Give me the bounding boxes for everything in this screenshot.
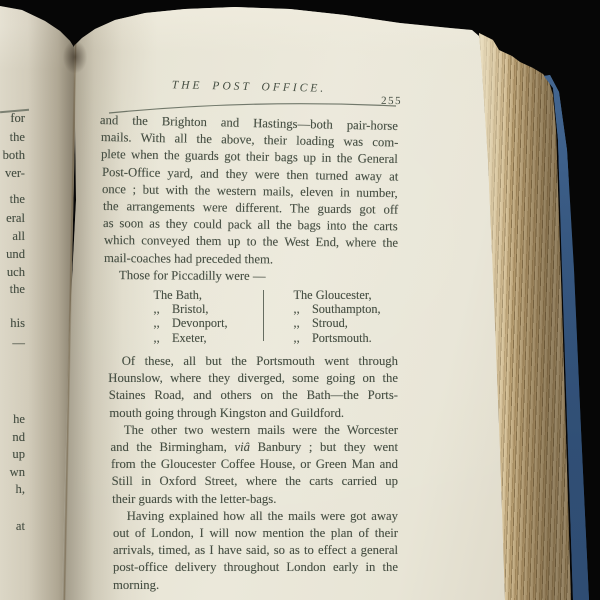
left-page-text-fragment: nd bbox=[12, 430, 25, 445]
list-item: The Bath, bbox=[154, 288, 228, 302]
left-page-text-fragment: both bbox=[3, 148, 25, 163]
text-line: Hounslow, where they diverged, some goin… bbox=[108, 370, 398, 387]
paragraph: and the Brighton and Hastings—both pair-… bbox=[100, 112, 398, 267]
book-photo: forthebothver-theeralallunduchthehis—hen… bbox=[0, 0, 600, 600]
paragraph: Of these, all but the Portsmouth went th… bbox=[100, 353, 398, 422]
mail-list-left-column: The Bath,,, Bristol,,, Devonport,,, Exet… bbox=[154, 288, 228, 345]
left-page-text-fragment: his bbox=[10, 316, 25, 331]
list-item: ,, Exeter, bbox=[154, 331, 228, 345]
left-page-text-fragment: the bbox=[10, 130, 25, 145]
page-number: 255 bbox=[381, 95, 402, 107]
paragraph: Having explained how all the mails were … bbox=[100, 508, 398, 594]
left-page-text-fragment: all bbox=[12, 229, 25, 244]
text-line: out of London, I will now mention the pl… bbox=[113, 525, 398, 542]
left-page-text-fragment: for bbox=[10, 111, 25, 126]
text-line: Staines Road, and others on the Bath—the… bbox=[109, 387, 398, 404]
left-page-text-column: forthebothver-theeralallunduchthehis—hen… bbox=[0, 0, 27, 600]
left-page-text-fragment: ver- bbox=[5, 166, 25, 181]
list-item: The Gloucester, bbox=[294, 288, 381, 302]
text-line: their guards with the letter-bags. bbox=[112, 491, 398, 508]
mail-list: The Bath,,, Bristol,,, Devonport,,, Exet… bbox=[106, 288, 399, 345]
left-page-text-fragment: wn bbox=[10, 465, 25, 480]
left-page-text-fragment: up bbox=[12, 447, 25, 462]
list-item: ,, Bristol, bbox=[154, 302, 228, 316]
text-line: Those for Piccadilly were — bbox=[105, 267, 398, 286]
list-item: ,, Portsmouth. bbox=[294, 331, 381, 345]
list-item: ,, Stroud, bbox=[294, 316, 381, 330]
paragraph: Those for Piccadilly were — bbox=[100, 267, 398, 284]
left-page-text-fragment: the bbox=[10, 282, 25, 297]
text-line: mail-coaches had preceded them. bbox=[104, 250, 398, 270]
text-line: arrivals, timed, as I have said, so as t… bbox=[113, 542, 398, 559]
left-page-text-fragment: eral bbox=[6, 211, 25, 226]
left-page-text-fragment: uch bbox=[7, 265, 25, 280]
list-item: ,, Devonport, bbox=[154, 316, 228, 330]
text-line: post-office delivery throughout London e… bbox=[113, 559, 398, 576]
list-item: ,, Southampton, bbox=[294, 302, 381, 316]
left-page-text-fragment: the bbox=[10, 192, 25, 207]
mail-list-right-column: The Gloucester,,, Southampton,,, Stroud,… bbox=[294, 288, 381, 345]
text-line: Having explained how all the mails were … bbox=[113, 508, 398, 525]
gutter-shadow bbox=[58, 34, 92, 80]
text-line: mouth going through Kingston and Guildfo… bbox=[109, 405, 398, 422]
text-line: morning. bbox=[113, 577, 398, 594]
left-page-text-fragment: — bbox=[12, 336, 25, 351]
text-line: Still in Oxford Street, where the carts … bbox=[112, 473, 398, 490]
text-flow: and the Brighton and Hastings—both pair-… bbox=[100, 112, 398, 594]
text-line: Of these, all but the Portsmouth went th… bbox=[108, 353, 398, 370]
italic-word: viâ bbox=[234, 440, 250, 454]
left-page-text-fragment: he bbox=[13, 412, 25, 427]
text-line: from the Gloucester Coffee House, or Gre… bbox=[111, 456, 398, 473]
text-line: and the Birmingham, viâ Banbury ; but th… bbox=[111, 439, 399, 456]
paragraph: The other two western mails were the Wor… bbox=[100, 422, 398, 508]
list-divider bbox=[263, 290, 264, 341]
left-page-text-fragment: und bbox=[6, 247, 25, 262]
left-page-text-fragment: at bbox=[16, 519, 25, 534]
left-page-text-fragment: h, bbox=[16, 482, 25, 497]
text-line: The other two western mails were the Wor… bbox=[110, 422, 398, 439]
